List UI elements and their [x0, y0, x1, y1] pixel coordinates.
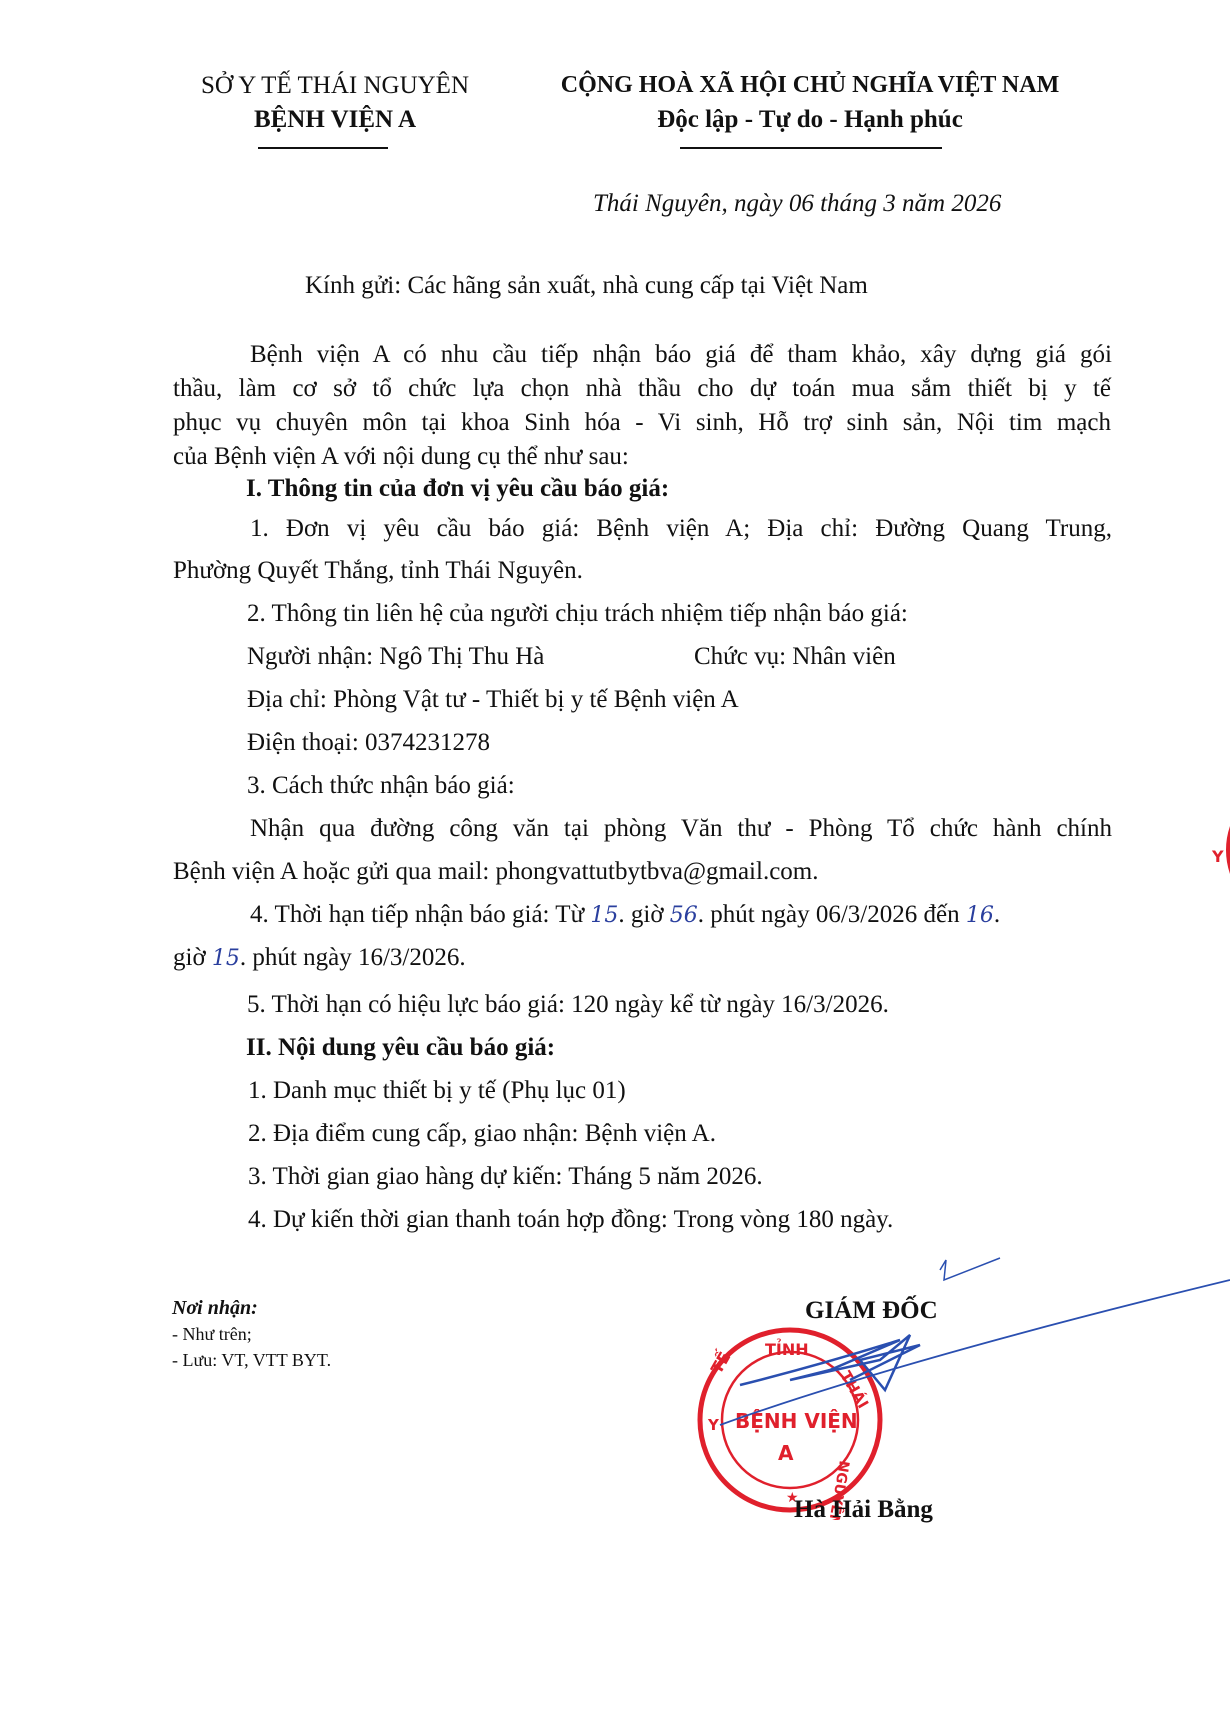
- section-1-item-5: 5. Thời hạn có hiệu lực báo giá: 120 ngà…: [247, 991, 889, 1019]
- recipients-label: Nơi nhận:: [172, 1297, 258, 1320]
- contact-name: Người nhận: Ngô Thị Thu Hà: [247, 643, 544, 671]
- section-1-item-3-line-2: Bệnh viện A hoặc gửi qua mail: phongvatt…: [173, 858, 819, 886]
- intro-line-1: Bệnh viện A có nhu cầu tiếp nhận báo giá…: [250, 341, 1112, 369]
- section-2-heading: II. Nội dung yêu cầu báo giá:: [246, 1034, 555, 1062]
- handwritten-start-hour: 15: [590, 903, 618, 928]
- national-title: CỘNG HOÀ XÃ HỘI CHỦ NGHĨA VIỆT NAM: [530, 72, 1090, 99]
- section-1-item-3: 3. Cách thức nhận báo giá:: [247, 772, 515, 800]
- section-2-item: 2. Địa điểm cung cấp, giao nhận: Bệnh vi…: [248, 1120, 716, 1148]
- place-date: Thái Nguyên, ngày 06 tháng 3 năm 2026: [593, 190, 1001, 218]
- recipient-item: - Lưu: VT, VTT BYT.: [172, 1350, 331, 1371]
- intro-line-3: phục vụ chuyên môn tại khoa Sinh hóa - V…: [173, 409, 1111, 437]
- header-left-rule: [258, 147, 388, 149]
- national-motto: Độc lập - Tự do - Hạnh phúc: [530, 106, 1090, 134]
- contact-address: Địa chỉ: Phòng Vật tư - Thiết bị y tế Bệ…: [247, 686, 739, 714]
- item-4-end-suffix: phút ngày 16/3/2026.: [252, 944, 465, 971]
- svg-text:Y: Y: [1211, 847, 1224, 866]
- partial-stamp-icon: Y: [1150, 780, 1230, 920]
- section-2-item: 1. Danh mục thiết bị y tế (Phụ lục 01): [248, 1077, 626, 1105]
- section-1-item-1-cont: Phường Quyết Thắng, tỉnh Thái Nguyên.: [173, 557, 583, 585]
- section-1-heading: I. Thông tin của đơn vị yêu cầu báo giá:: [246, 475, 669, 503]
- contact-position: Chức vụ: Nhân viên: [694, 643, 896, 671]
- handwritten-end-hour: 16: [966, 903, 994, 928]
- signer-name: Hà Hải Bằng: [794, 1496, 933, 1524]
- agency-name: SỞ Y TẾ THÁI NGUYÊN: [150, 72, 520, 100]
- header-right-rule: [680, 147, 942, 149]
- section-1-item-2: 2. Thông tin liên hệ của người chịu trác…: [247, 600, 908, 628]
- section-1-item-3-line-1: Nhận qua đường công văn tại phòng Văn th…: [250, 815, 1112, 843]
- item-4-end-hour-label: giờ: [173, 944, 206, 971]
- section-1-item-4: 4. Thời hạn tiếp nhận báo giá: Từ 15. gi…: [250, 901, 1000, 929]
- handwritten-end-minute: 15: [212, 946, 240, 971]
- section-2-item: 3. Thời gian giao hàng dự kiến: Tháng 5 …: [248, 1163, 763, 1191]
- recipient-item: - Như trên;: [172, 1324, 252, 1345]
- item-4-hour-label: giờ: [631, 901, 664, 928]
- organization-name: BỆNH VIỆN A: [150, 106, 520, 134]
- item-4-start-suffix: phút ngày 06/3/2026 đến: [710, 901, 959, 928]
- section-1-item-1: 1. Đơn vị yêu cầu báo giá: Bệnh viện A; …: [250, 515, 1112, 543]
- signature-icon: [700, 1240, 1230, 1470]
- section-2-item: 4. Dự kiến thời gian thanh toán hợp đồng…: [248, 1206, 893, 1234]
- recipient-line: Kính gửi: Các hãng sản xuất, nhà cung cấ…: [305, 272, 868, 300]
- intro-line-2: thầu, làm cơ sở tổ chức lựa chọn nhà thầ…: [173, 375, 1111, 403]
- contact-phone: Điện thoại: 0374231278: [247, 729, 490, 757]
- item-4-prefix: 4. Thời hạn tiếp nhận báo giá: Từ: [250, 901, 584, 928]
- intro-line-4: của Bệnh viện A với nội dung cụ thể như …: [173, 443, 629, 471]
- section-1-item-4-cont: giờ 15. phút ngày 16/3/2026.: [173, 944, 466, 972]
- handwritten-start-minute: 56: [670, 903, 698, 928]
